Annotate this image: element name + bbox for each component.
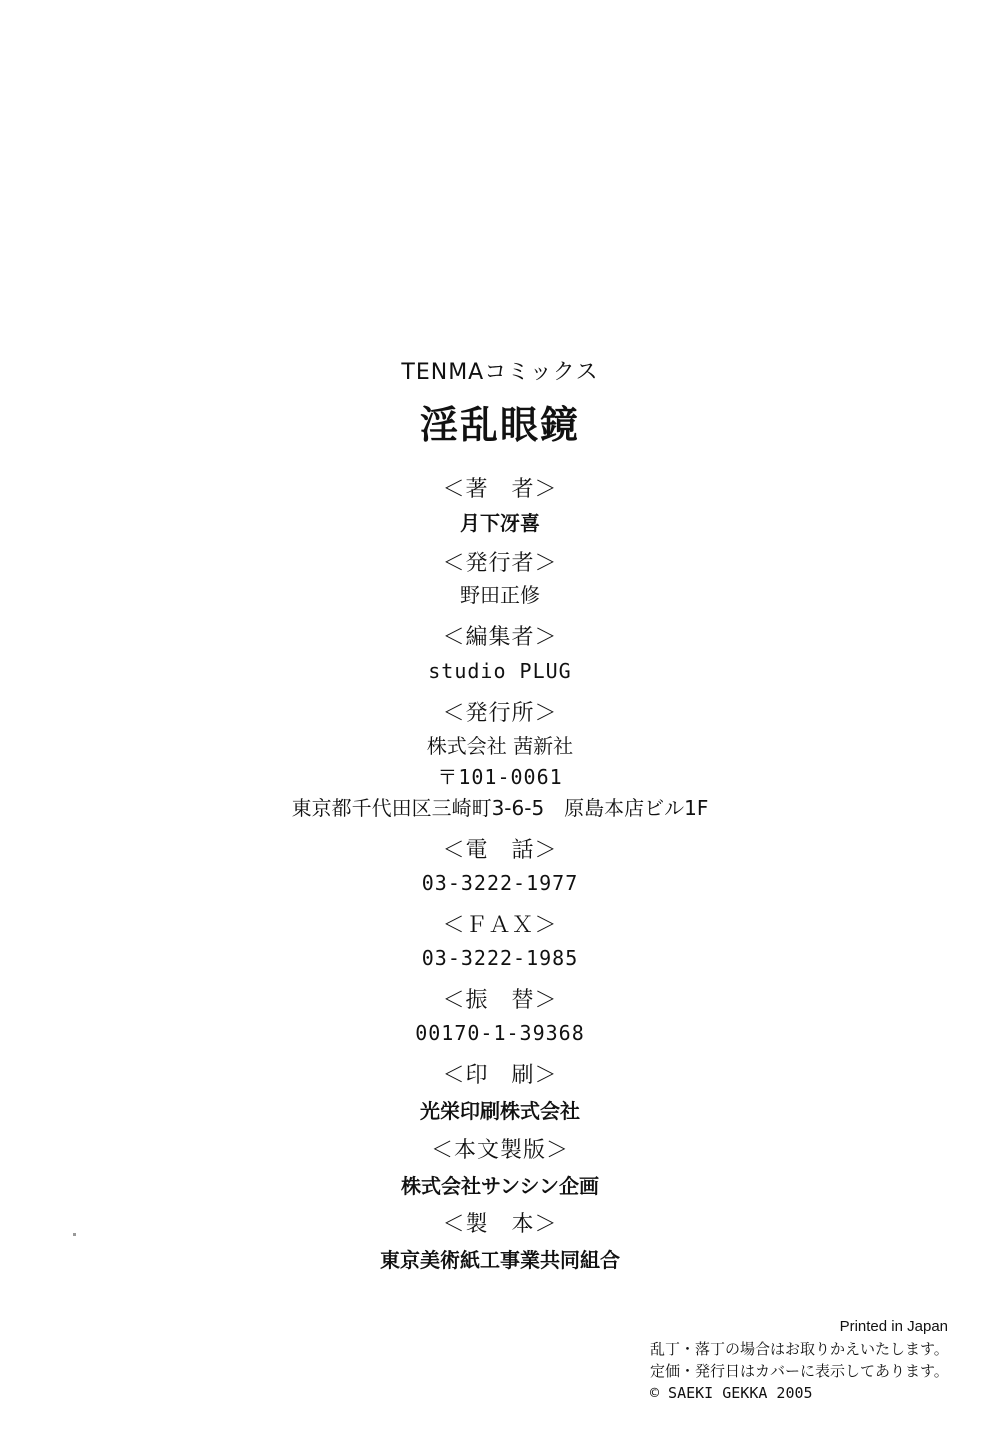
- author-value: 月下冴喜: [0, 513, 1000, 533]
- author-label: ＜著 者＞: [0, 479, 1000, 501]
- publishing-house-name: 株式会社 茜新社: [0, 736, 1000, 756]
- publishing-house-label: ＜発行所＞: [0, 703, 1000, 725]
- plate-making-label: ＜本文製版＞: [0, 1140, 1000, 1162]
- price-notice: 定価・発行日はカバーに表示してあります。: [650, 1360, 949, 1382]
- plate-making-value: 株式会社サンシン企画: [0, 1176, 1000, 1196]
- editor-label: ＜編集者＞: [0, 627, 1000, 649]
- printing-label: ＜印 刷＞: [0, 1065, 1000, 1087]
- copyright: © SAEKI GEKKA 2005: [650, 1382, 949, 1404]
- series-name: TENMAコミックス: [0, 362, 1000, 384]
- postal-code: 〒101-0061: [0, 767, 1000, 787]
- colophon-page: TENMAコミックス 淫乱眼鏡 ＜著 者＞ 月下冴喜 ＜発行者＞ 野田正修 ＜編…: [0, 0, 1000, 1449]
- phone-label: ＜電 話＞: [0, 840, 1000, 862]
- binding-label: ＜製 本＞: [0, 1214, 1000, 1236]
- printed-in-japan: Printed in Japan: [650, 1316, 948, 1338]
- fax-value: 03-3222-1985: [0, 948, 1000, 968]
- transfer-label: ＜振 替＞: [0, 990, 1000, 1012]
- book-title: 淫乱眼鏡: [0, 406, 1000, 444]
- printing-value: 光栄印刷株式会社: [0, 1101, 1000, 1121]
- transfer-value: 00170-1-39368: [0, 1023, 1000, 1043]
- publisher-label: ＜発行者＞: [0, 553, 1000, 575]
- editor-value: studio PLUG: [0, 661, 1000, 681]
- dust-speck: [73, 1233, 76, 1236]
- footer-notices: Printed in Japan 乱丁・落丁の場合はお取りかえいたします。 定価…: [650, 1316, 949, 1404]
- binding-value: 東京美術紙工事業共同組合: [0, 1250, 1000, 1270]
- fax-label: ＜ＦＡＸ＞: [0, 915, 1000, 937]
- publisher-value: 野田正修: [0, 585, 1000, 605]
- misprint-notice: 乱丁・落丁の場合はお取りかえいたします。: [650, 1338, 949, 1360]
- phone-value: 03-3222-1977: [0, 873, 1000, 893]
- address: 東京都千代田区三崎町3-6-5 原島本店ビル1F: [0, 798, 1000, 818]
